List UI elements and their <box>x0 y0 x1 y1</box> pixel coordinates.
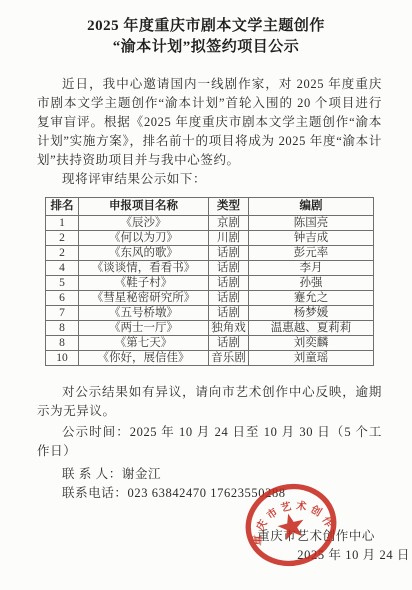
cell-rank: 7 <box>46 306 79 321</box>
header-title: 申报项目名称 <box>79 198 209 216</box>
cell-writer: 彭元率 <box>249 246 374 261</box>
cell-type: 川剧 <box>209 231 249 246</box>
lead-in-paragraph: 现将评审结果公示如下： <box>37 170 382 189</box>
cell-title: 《辰沙》 <box>79 216 209 231</box>
cell-type: 话剧 <box>209 276 249 291</box>
cell-writer: 孙强 <box>249 276 374 291</box>
table-row: 2 《东风的歌》 话剧 彭元率 <box>46 246 374 261</box>
table-row: 10 《你好，展信佳》 音乐剧 刘童瑶 <box>46 351 374 366</box>
cell-type: 话剧 <box>209 336 249 351</box>
cell-writer: 刘童瑶 <box>249 351 374 366</box>
signature-organization: 重庆市艺术创作中心 <box>0 527 412 546</box>
table-row: 4 《谈谈情，看看书》 话剧 李月 <box>46 261 374 276</box>
objection-paragraph: 对公示结果如有异议，请向市艺术创作中心反映，逾期示为无异议。 <box>37 383 382 421</box>
cell-rank: 8 <box>46 321 79 336</box>
cell-title: 《鞋子村》 <box>79 276 209 291</box>
results-table: 排名 申报项目名称 类型 编剧 1 《辰沙》 京剧 陈国亮 2 《何以为刀》 川… <box>45 197 374 366</box>
document-body: 近日，我中心邀请国内一线剧作家，对 2025 年度重庆市剧本文学主题创作“渝本计… <box>0 75 412 503</box>
cell-rank: 2 <box>46 231 79 246</box>
table-row: 1 《辰沙》 京剧 陈国亮 <box>46 216 374 231</box>
contact-phone-line: 联系电话：023 63842470 17623550288 <box>37 484 382 503</box>
cell-rank: 10 <box>46 351 79 366</box>
header-rank: 排名 <box>46 198 79 216</box>
table-row: 6 《彗星秘密研究所》 话剧 蹇允之 <box>46 291 374 306</box>
cell-writer: 李月 <box>249 261 374 276</box>
signature-date: 2025 年 10 月 24 日 <box>0 546 412 565</box>
cell-writer: 钟吉成 <box>249 231 374 246</box>
cell-title: 《第七天》 <box>79 336 209 351</box>
publicity-period-paragraph: 公示时间：2025 年 10 月 24 日至 10 月 30 日（5 个工作日） <box>37 423 382 461</box>
cell-type: 音乐剧 <box>209 351 249 366</box>
cell-rank: 8 <box>46 336 79 351</box>
contact-person-line: 联 系 人：谢金江 <box>37 465 382 484</box>
cell-type: 话剧 <box>209 246 249 261</box>
table-row: 7 《五号桥墩》 话剧 杨梦媛 <box>46 306 374 321</box>
cell-writer: 蹇允之 <box>249 291 374 306</box>
cell-title: 《谈谈情，看看书》 <box>79 261 209 276</box>
cell-type: 话剧 <box>209 291 249 306</box>
cell-writer: 温惠越、夏莉莉 <box>249 321 374 336</box>
cell-writer: 陈国亮 <box>249 216 374 231</box>
title-line-1: 2025 年度重庆市剧本文学主题创作 <box>0 16 412 37</box>
cell-title: 《五号桥墩》 <box>79 306 209 321</box>
cell-type: 话剧 <box>209 306 249 321</box>
cell-type: 京剧 <box>209 216 249 231</box>
cell-title: 《两士一厅》 <box>79 321 209 336</box>
header-writer: 编剧 <box>249 198 374 216</box>
cell-rank: 2 <box>46 246 79 261</box>
cell-rank: 6 <box>46 291 79 306</box>
cell-rank: 5 <box>46 276 79 291</box>
cell-type: 独角戏 <box>209 321 249 336</box>
document-title: 2025 年度重庆市剧本文学主题创作 “渝本计划”拟签约项目公示 <box>0 0 412 58</box>
intro-paragraph: 近日，我中心邀请国内一线剧作家，对 2025 年度重庆市剧本文学主题创作“渝本计… <box>37 75 382 170</box>
table-header-row: 排名 申报项目名称 类型 编剧 <box>46 198 374 216</box>
cell-rank: 1 <box>46 216 79 231</box>
table-row: 8 《第七天》 话剧 刘奕麟 <box>46 336 374 351</box>
cell-type: 话剧 <box>209 261 249 276</box>
cell-title: 《你好，展信佳》 <box>79 351 209 366</box>
title-line-2: “渝本计划”拟签约项目公示 <box>0 37 412 58</box>
cell-writer: 刘奕麟 <box>249 336 374 351</box>
header-type: 类型 <box>209 198 249 216</box>
table-row: 2 《何以为刀》 川剧 钟吉成 <box>46 231 374 246</box>
cell-title: 《何以为刀》 <box>79 231 209 246</box>
table-row: 8 《两士一厅》 独角戏 温惠越、夏莉莉 <box>46 321 374 336</box>
cell-writer: 杨梦媛 <box>249 306 374 321</box>
announcement-document: 2025 年度重庆市剧本文学主题创作 “渝本计划”拟签约项目公示 近日，我中心邀… <box>0 0 412 590</box>
table-row: 5 《鞋子村》 话剧 孙强 <box>46 276 374 291</box>
cell-title: 《东风的歌》 <box>79 246 209 261</box>
cell-title: 《彗星秘密研究所》 <box>79 291 209 306</box>
cell-rank: 4 <box>46 261 79 276</box>
